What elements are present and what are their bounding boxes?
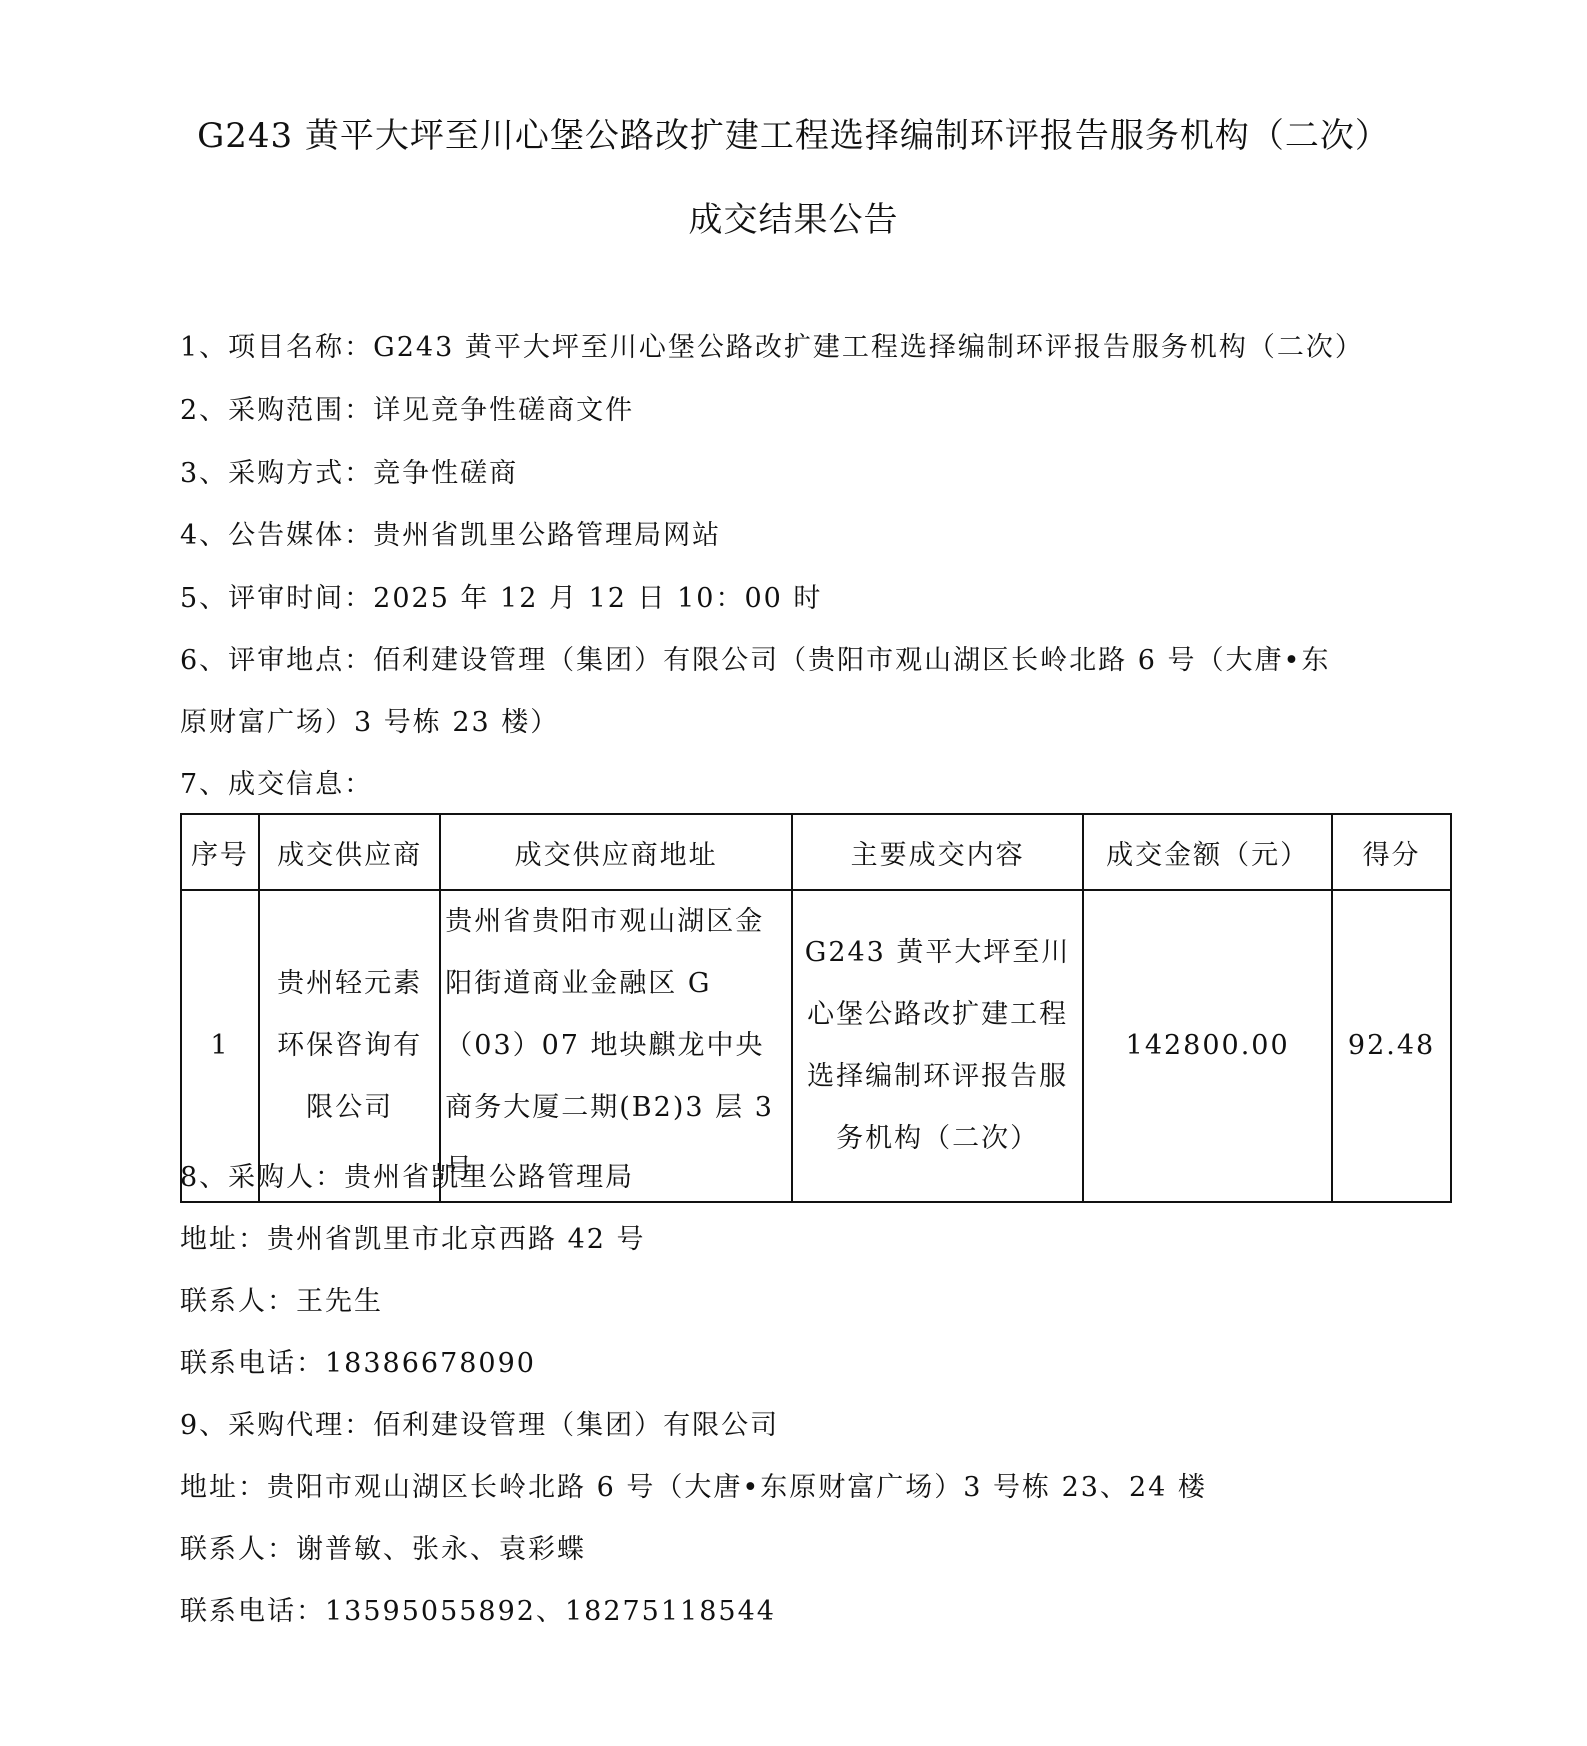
item-project-name: 1、项目名称：G243 黄平大坪至川心堡公路改扩建工程选择编制环评报告服务机构（… — [180, 330, 1364, 366]
purchaser-name: 8、采购人：贵州省凯里公路管理局 — [180, 1160, 634, 1196]
col-index: 序号 — [181, 814, 259, 890]
agent-phone: 联系电话：13595055892、18275118544 — [180, 1594, 776, 1630]
deal-table: 序号 成交供应商 成交供应商地址 主要成交内容 成交金额（元） 得分 1 贵州轻… — [180, 813, 1452, 1203]
document-subtitle: 成交结果公告 — [0, 192, 1587, 241]
table-header-row: 序号 成交供应商 成交供应商地址 主要成交内容 成交金额（元） 得分 — [181, 814, 1451, 890]
col-address: 成交供应商地址 — [440, 814, 792, 890]
agent-contact: 联系人：谢普敏、张永、袁彩蝶 — [180, 1532, 586, 1568]
purchaser-phone: 联系电话：18386678090 — [180, 1346, 536, 1382]
item-review-time: 5、评审时间：2025 年 12 月 12 日 10：00 时 — [180, 581, 822, 617]
col-amount: 成交金额（元） — [1083, 814, 1332, 890]
cell-content: G243 黄平大坪至川心堡公路改扩建工程选择编制环评报告服务机构（二次） — [792, 890, 1083, 1202]
item-media: 4、公告媒体：贵州省凯里公路管理局网站 — [180, 518, 721, 554]
cell-index: 1 — [181, 890, 259, 1202]
col-content: 主要成交内容 — [792, 814, 1083, 890]
col-supplier: 成交供应商 — [259, 814, 440, 890]
purchaser-address: 地址：贵州省凯里市北京西路 42 号 — [180, 1222, 646, 1258]
agent-address: 地址：贵阳市观山湖区长岭北路 6 号（大唐•东原财富广场）3 号栋 23、24 … — [180, 1470, 1207, 1506]
item-deal-info: 7、成交信息： — [180, 767, 373, 803]
item-review-place-cont: 原财富广场）3 号栋 23 楼） — [180, 705, 559, 741]
item-method: 3、采购方式：竞争性磋商 — [180, 456, 518, 492]
table-row: 1 贵州轻元素环保咨询有限公司 贵州省贵阳市观山湖区金阳街道商业金融区 G（03… — [181, 890, 1451, 1202]
cell-score: 92.48 — [1332, 890, 1451, 1202]
purchaser-contact: 联系人：王先生 — [180, 1284, 383, 1320]
agent-name: 9、采购代理：佰利建设管理（集团）有限公司 — [180, 1408, 779, 1444]
cell-address: 贵州省贵阳市观山湖区金阳街道商业金融区 G（03）07 地块麒龙中央商务大厦二期… — [440, 890, 792, 1202]
cell-supplier: 贵州轻元素环保咨询有限公司 — [259, 890, 440, 1202]
item-scope: 2、采购范围：详见竞争性磋商文件 — [180, 393, 634, 429]
item-review-place: 6、评审地点：佰利建设管理（集团）有限公司（贵阳市观山湖区长岭北路 6 号（大唐… — [180, 643, 1330, 679]
cell-amount: 142800.00 — [1083, 890, 1332, 1202]
col-score: 得分 — [1332, 814, 1451, 890]
document-title: G243 黄平大坪至川心堡公路改扩建工程选择编制环评报告服务机构（二次） — [0, 108, 1587, 157]
